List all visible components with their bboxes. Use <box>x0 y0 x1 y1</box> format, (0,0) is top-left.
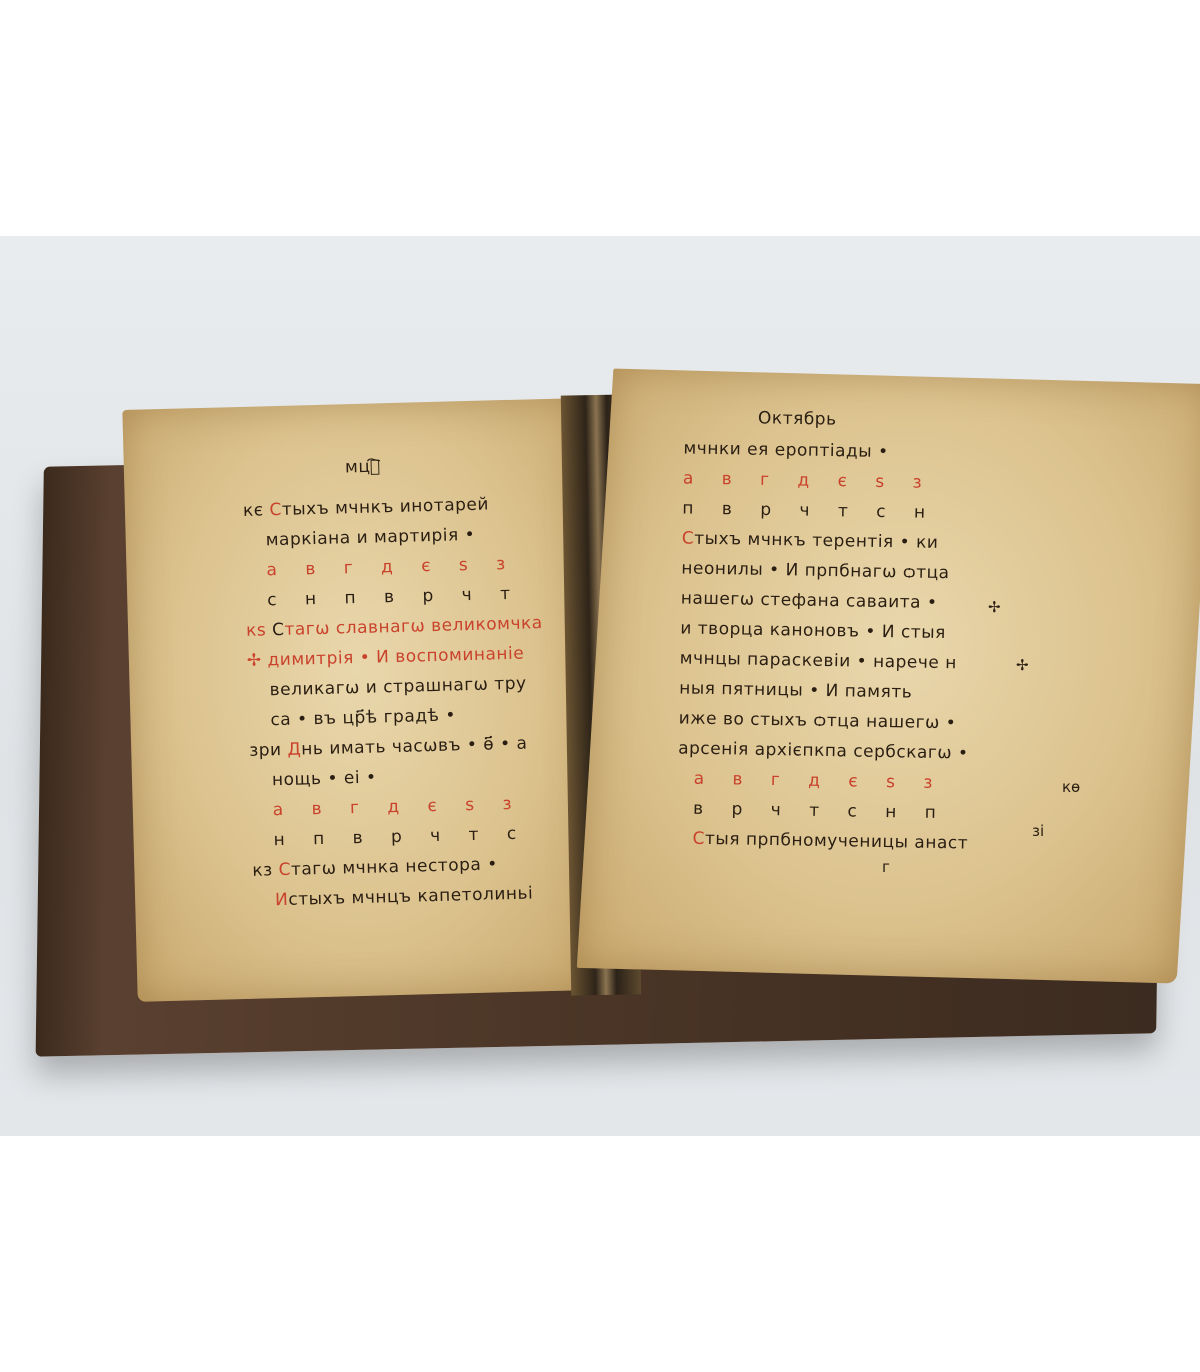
text-line: нощь • еі • <box>272 768 377 791</box>
right-page-header: Октябрь <box>758 403 837 434</box>
cross-mark: ✢ <box>988 598 1001 616</box>
text-line: арсенія архієпкпа сербскагѡ • <box>678 738 969 763</box>
folio-number: зі <box>1032 822 1044 840</box>
left-page-header: мцⷭ҇ <box>345 452 381 483</box>
red-initial: Д <box>287 740 301 760</box>
margin-note: зри <box>249 740 282 761</box>
signature-mark: г <box>882 858 890 876</box>
text-line: мчнки ея ероптіады • <box>683 438 889 462</box>
text-line: тыя прпбномученицы анаст <box>705 829 968 854</box>
margin-date: кє <box>243 500 264 521</box>
rubric-letters: а в г д є ѕ з <box>693 769 933 793</box>
text-line: тагѡ мчнка нестора • <box>291 854 498 879</box>
cross-mark: ✢ <box>247 651 262 671</box>
text-line: в р ч т с н п <box>693 799 937 823</box>
text-line: с н п в р ч т <box>267 584 511 610</box>
left-page-text: кє Стыхъ мчнкъ инотарей маркіана и марти… <box>243 488 551 916</box>
text-line: п в р ч т с н <box>682 498 926 522</box>
rubric-letters: а в г д є ѕ з <box>273 794 513 820</box>
text-line: иже во стыхъ ѻтца нашегѡ • <box>679 708 957 733</box>
margin-date: кѕ <box>246 620 267 641</box>
day-number: кѳ <box>1062 778 1080 796</box>
red-initial: С <box>278 860 291 880</box>
text-line: стыхъ мчнцъ капетолиньі <box>288 883 533 909</box>
rubric-letters: а в г д є ѕ з <box>266 554 506 580</box>
text-line: тыхъ мчнкъ терентія • ки <box>694 529 939 553</box>
red-initial: С <box>692 829 705 849</box>
text-line: неонилы • И прпбнагѡ ѻтца <box>681 558 950 583</box>
text-line: димитрія • И воспоминаніе <box>267 644 524 671</box>
text-line: тагѡ славнагѡ великомчка <box>284 613 543 640</box>
red-initial: С <box>269 500 282 520</box>
open-book: мцⷭ҇ кє Стыхъ мчнкъ инотарей маркіана и … <box>0 0 1200 1372</box>
text-line: великагѡ и страшнагѡ тру <box>269 674 526 701</box>
text-line: маркіана и мартирія • <box>265 525 475 550</box>
text-line: са • въ цр҃ѣ градѣ • <box>270 705 456 730</box>
cross-mark: ✢ <box>1016 656 1029 674</box>
text-line: нь имать часѡвъ • ѳ҃ • а <box>301 734 528 760</box>
text-line: н п в р ч т с <box>273 824 517 850</box>
initial: С <box>272 620 285 640</box>
text-line: тыхъ мчнкъ инотарей <box>282 495 490 520</box>
text-line: и творца каноновъ • И стыя <box>680 618 946 643</box>
rubric-letters: а в г д є ѕ з <box>683 468 923 492</box>
red-initial: И <box>275 890 289 910</box>
right-page-text: мчнки ея ероптіады • а в г д є ѕ з п в р… <box>676 433 975 858</box>
text-line: ныя пятницы • И память <box>679 678 912 702</box>
text-line: мчнцы параскевіи • нарече н <box>680 648 957 673</box>
red-initial: С <box>682 528 695 548</box>
margin-date: кз <box>252 860 273 881</box>
text-line: нашегѡ стефана саваита • <box>681 588 938 612</box>
